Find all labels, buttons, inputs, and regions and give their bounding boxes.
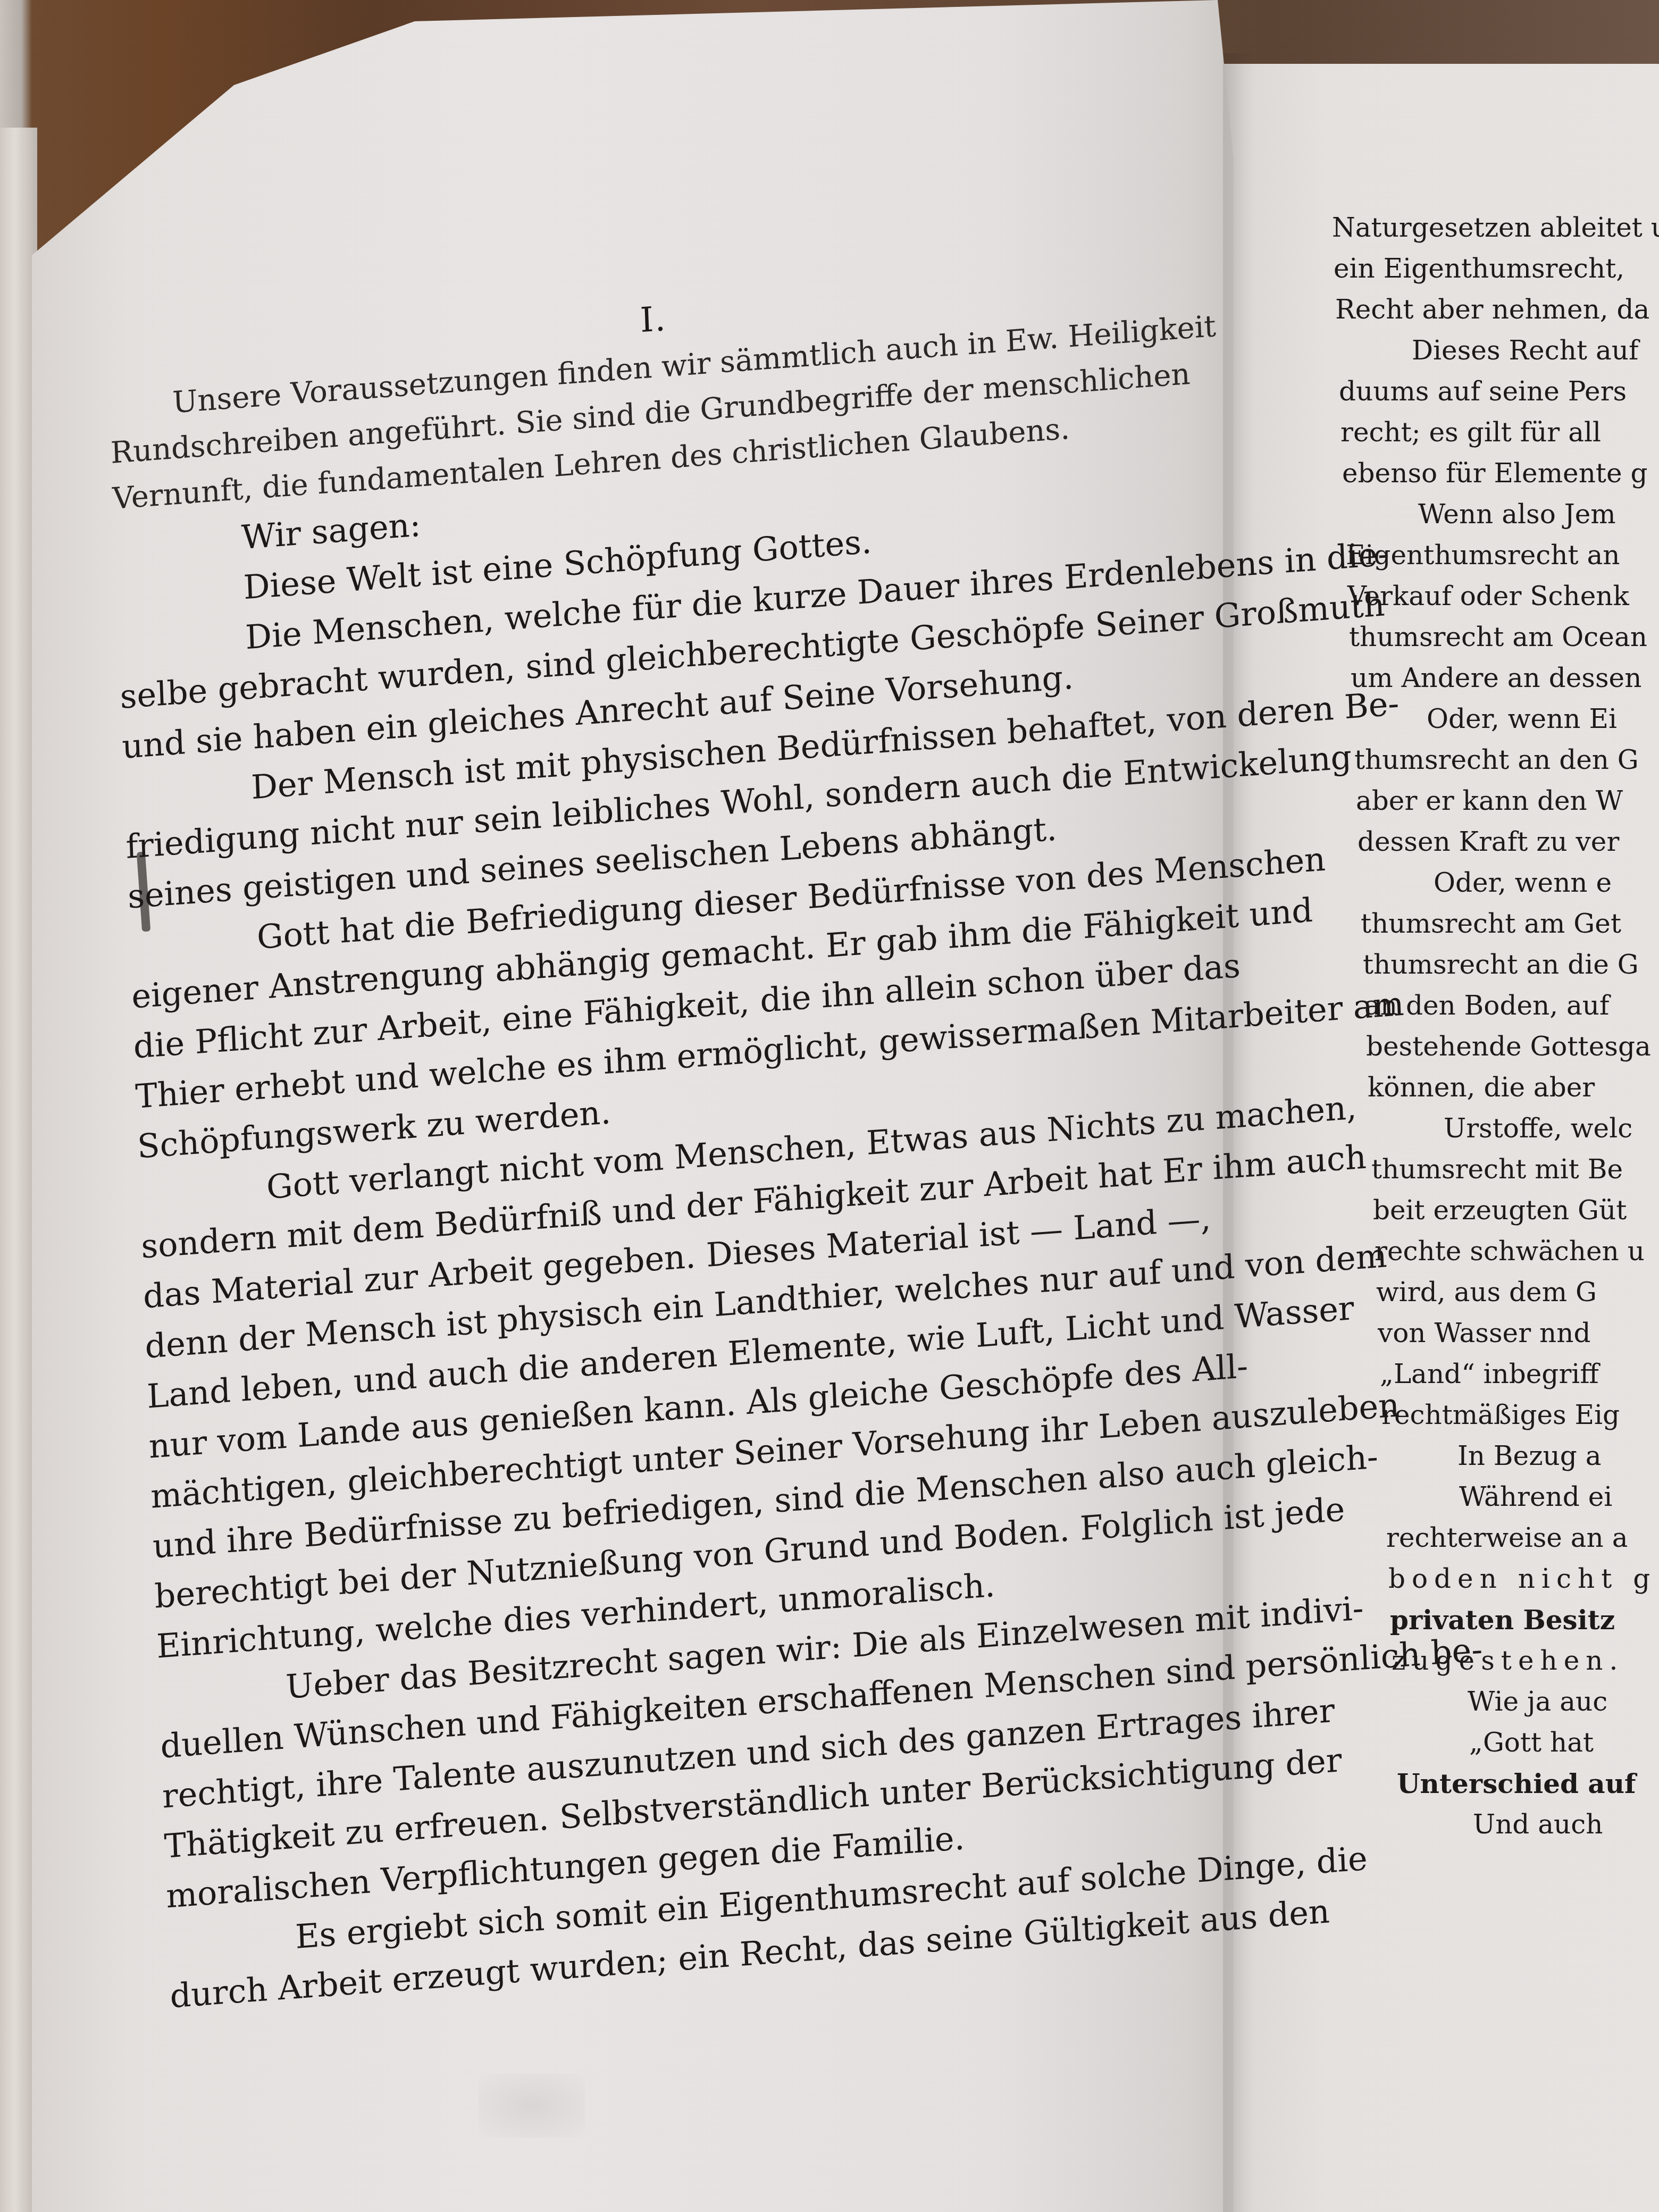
text-line: privaten Besitz xyxy=(1390,1599,1659,1640)
text-line: rechte schwächen u xyxy=(1375,1231,1659,1272)
text-line: ebenso für Elemente g xyxy=(1342,453,1659,494)
text-line: duums auf seine Pers xyxy=(1339,371,1659,412)
text-line: Wenn also Jem xyxy=(1344,494,1659,535)
text-line: „Land“ inbegriff xyxy=(1380,1354,1659,1395)
paper-stain xyxy=(479,2074,585,2138)
text-line: ein Eigenthumsrecht, xyxy=(1334,248,1659,289)
text-line: Eigenthumsrecht an xyxy=(1346,535,1659,576)
right-page-text-block: Naturgesetzen ableitet uein Eigenthumsre… xyxy=(1332,207,1659,1845)
left-page-text-block: I. Unsere Voraussetzungen finden wir säm… xyxy=(106,260,1263,2021)
paragraph: Gott verlangt nicht vom Menschen, Etwas … xyxy=(138,1092,1250,1672)
text-line: rechtmäßiges Eig xyxy=(1381,1395,1659,1436)
text-line: thumsrecht an die G xyxy=(1363,944,1659,985)
text-line: thumsrecht am Get xyxy=(1361,903,1659,944)
left-paragraphs: Unsere Voraussetzungen finden wir sämmtl… xyxy=(108,305,1263,2021)
text-line: zugestehen. xyxy=(1392,1640,1659,1681)
text-line: Urstoffe, welc xyxy=(1369,1108,1659,1149)
text-line: Oder, wenn e xyxy=(1359,862,1659,903)
text-line: von Wasser nnd xyxy=(1378,1313,1659,1354)
text-line: thumsrecht mit Be xyxy=(1371,1149,1659,1190)
text-line: In Bezug a xyxy=(1383,1436,1659,1477)
text-line: beit erzeugten Güt xyxy=(1373,1190,1659,1231)
text-line: Während ei xyxy=(1385,1477,1659,1518)
text-line: Oder, wenn Ei xyxy=(1352,699,1659,740)
text-line: dessen Kraft zu ver xyxy=(1358,822,1659,862)
text-line: Wie ja auc xyxy=(1393,1681,1659,1722)
text-line: „Gott hat xyxy=(1395,1722,1659,1763)
text-line: Recht aber nehmen, da xyxy=(1335,289,1659,330)
text-line: Naturgesetzen ableitet u xyxy=(1332,207,1659,248)
text-line: boden nicht g xyxy=(1388,1559,1659,1599)
stacked-page-edges xyxy=(0,128,37,2212)
text-line: an den Boden, auf xyxy=(1364,985,1659,1026)
text-line: recht; es gilt für all xyxy=(1340,412,1659,453)
text-line: thumsrecht am Ocean xyxy=(1349,617,1659,658)
text-line: um Andere an dessen xyxy=(1351,658,1659,699)
text-line: bestehende Gottesga xyxy=(1366,1026,1659,1067)
text-line: können, die aber xyxy=(1368,1067,1659,1108)
text-line: Unterschied auf xyxy=(1397,1763,1659,1804)
text-line: Verkauf oder Schenk xyxy=(1347,576,1659,617)
text-line: thumsrecht an den G xyxy=(1354,740,1659,781)
text-line: wird, aus dem G xyxy=(1376,1272,1659,1313)
text-line: rechterweise an a xyxy=(1386,1518,1659,1559)
text-line: Und auch xyxy=(1398,1804,1659,1845)
text-line: Dieses Recht auf xyxy=(1337,330,1659,371)
text-line: aber er kann den W xyxy=(1356,781,1659,822)
